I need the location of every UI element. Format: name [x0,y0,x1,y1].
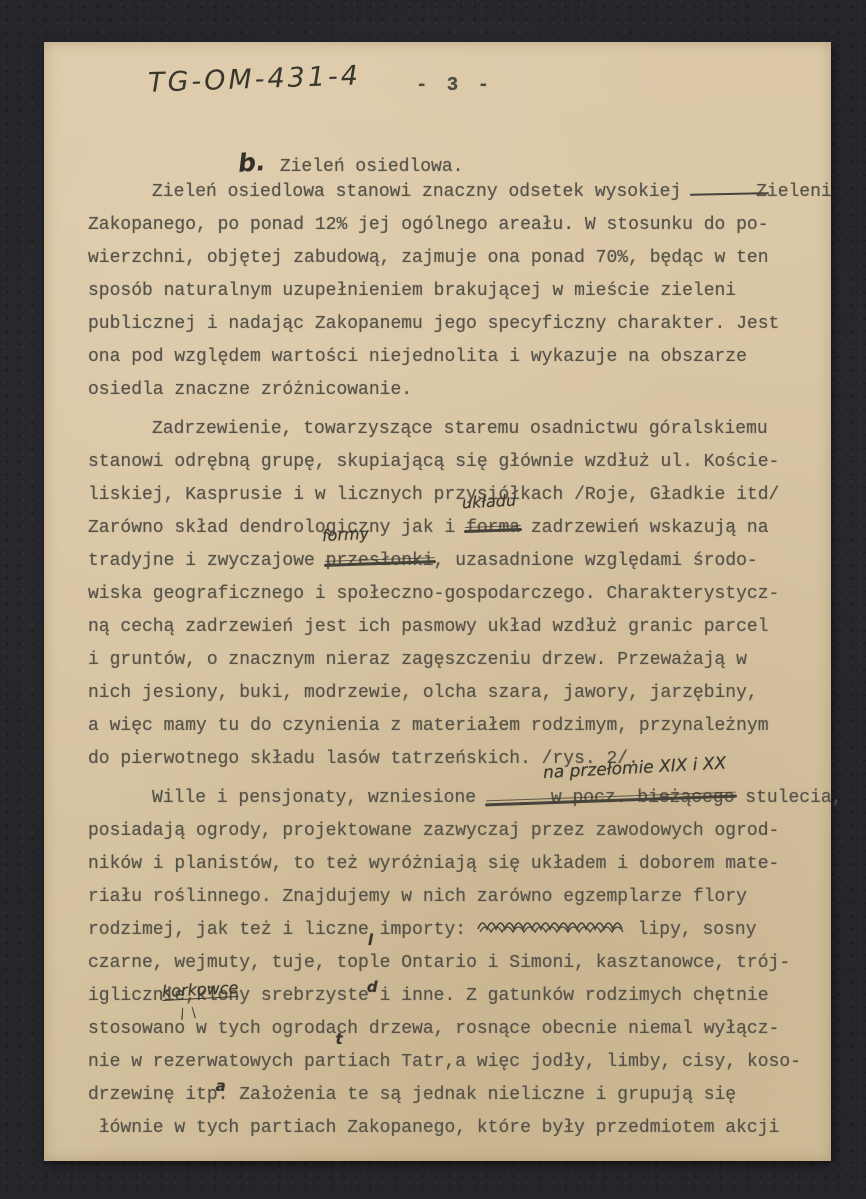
handwritten-item-letter: b. [237,147,266,178]
typed-text-segment: ników i planistów, to też wyróżniają się… [88,854,779,874]
typed-text-segment: wierzchni, objętej zabudową, zajmuje ona… [88,248,769,268]
scanned-paper-page: TG-OM-431-4 - 3 - b.Zieleń osiedlowa. Zi… [44,42,831,1161]
paragraph: Zieleń osiedlowa stanowi znaczny odsetek… [88,176,788,407]
typed-text-segment: liskiej, Kasprusie i w licznych przysiół… [88,485,779,505]
text-line: i gruntów, o znacznym nieraz zagęszczeni… [88,644,788,677]
typed-text-with-handwritten-mark: tt [336,1046,347,1079]
handwritten-mark-above: l [368,934,373,946]
typed-text-segment: łównie w tych partiach Zakopanego, które… [88,1118,779,1138]
text-line: ną cechą zadrzewień jest ich pasmowy ukł… [88,611,788,644]
struck-text-with-handwritten-correction: formaukładu [466,512,520,545]
typed-text-with-handwritten-mark: aa [218,1046,229,1079]
text-line: ona pod względem wartości niejednolita i… [88,341,788,374]
typed-text-segment: Zakopanego, po ponad 12% jej ogólnego ar… [88,215,769,235]
text-line: stanowi odrębną grupę, skupiającą się gł… [88,446,788,479]
text-line: Zarówno skład dendrologiczny jak i forma… [88,512,788,545]
text-line: tradyjne i zwyczajowe przesłonkiformy, u… [88,545,788,578]
insertion-caret-mark [181,1007,196,1020]
text-line: drzewinę itp. Założenia te są jednak nie… [88,1079,788,1112]
typed-text-segment: Wille i pensjonaty, wzniesione [152,788,487,808]
typed-text-segment: , uzasadnione względami środo- [434,551,758,571]
text-line: liskiej, Kasprusie i w licznych przysiół… [88,479,788,512]
text-line: iglicznie,korkowceklony srebrzyste i inn… [88,980,788,1013]
text-line: wierzchni, objętej zabudową, zajmuje ona… [88,242,788,275]
handwritten-scribble-strikeout [477,918,627,936]
typed-text-segment: stanowi odrębną grupę, skupiającą się gł… [88,452,779,472]
text-line: rodzimej, jak też i liczne importy: lipy… [88,914,788,947]
typed-text-segment: ona pod względem wartości niejednolita i… [88,347,747,367]
typed-text-segment: publicznej i nadając Zakopanemu jego spe… [88,314,779,334]
text-line: Zakopanego, po ponad 12% jej ogólnego ar… [88,209,788,242]
text-line: posiadają ogrody, projektowane zazwyczaj… [88,815,788,848]
typed-text-segment: Zieleń osiedlowa stanowi znaczny odsetek… [152,182,692,202]
handwritten-correction: układu [462,494,517,511]
typed-text-with-handwritten-mark: leld [369,947,391,980]
typed-text-segment: nie w rezerw [88,1052,218,1072]
typed-text-segment: lipy, sosny [627,920,757,940]
typed-text-segment: tradyjne i zwyczajowe [88,551,326,571]
handwritten-correction: formy [321,527,369,543]
typed-text-segment: Zadrzewienie, towarzyszące staremu osadn… [152,419,768,439]
text-line: wiska geograficznego i społeczno-gospoda… [88,578,788,611]
typed-text-segment: wiska geograficznego i społeczno-gospoda… [88,584,779,604]
struck-out-typed-text: Z [692,176,767,209]
text-line: publicznej i nadając Zakopanemu jego spe… [88,308,788,341]
text-line: Zieleń osiedlowa stanowi znaczny odsetek… [88,176,788,209]
paragraph: Wille i pensjonaty, wzniesione w pocz. b… [88,782,788,1145]
section-title: Zieleń osiedlowa. [280,157,464,177]
typed-text-segment: rodzimej, jak też i liczne importy: [88,920,477,940]
handwritten-mark-below: d [367,981,378,993]
typed-text-segment: ieleni [767,182,832,202]
text-line: a więc mamy tu do czynienia z materiałem… [88,710,788,743]
text-line: Zadrzewienie, towarzyszące staremu osadn… [88,413,788,446]
typed-text-segment: riału roślinnego. Znajdujemy w nich zaró… [88,887,747,907]
typed-text-segment: nich jesiony, buki, modrzewie, olcha sza… [88,683,758,703]
page-number: - 3 - [416,74,493,96]
text-line: sposób naturalnym uzupełnieniem brakując… [88,275,788,308]
handwritten-archive-code: TG-OM-431-4 [148,60,362,98]
typed-text: Zieleń osiedlowa stanowi znaczny odsetek… [88,176,788,1151]
typed-text-segment: a więc mamy tu do czynienia z materiałem… [88,716,769,736]
typed-text-segment: zadrzewień wskazują na [520,518,768,538]
text-line: riału roślinnego. Znajdujemy w nich zaró… [88,881,788,914]
typed-text-segment: posiadają ogrody, projektowane zazwyczaj… [88,821,779,841]
typed-text-segment: Ontario i Simoni, kasztanowce, trój- [390,953,790,973]
struck-text-with-handwritten-correction: przesłonkiformy [326,545,434,578]
typed-text-segment: stosowano w tych ogrodach drzewa, rosnąc… [88,1019,779,1039]
text-line: łównie w tych partiach Zakopanego, które… [88,1112,788,1145]
screenshot-root: { "page": { "background_color": "#26252a… [0,0,866,1199]
typed-text-segment: towych par [228,1052,336,1072]
text-line: czarne, wejmuty, tuje, topleld Ontario i… [88,947,788,980]
typed-text-segment: i gruntów, o znacznym nieraz zagęszczeni… [88,650,747,670]
typed-text-segment: drzewinę itp. Założenia te są jednak nie… [88,1085,736,1105]
typed-text-segment: ną cechą zadrzewień jest ich pasmowy ukł… [88,617,769,637]
handwritten-mark-below: a [216,1080,226,1092]
text-line: nie w rezerwaatowych parttiach Tatr,a wi… [88,1046,788,1079]
typed-text-segment: iach Tatr,a więc jodły, limby, cisy, kos… [347,1052,801,1072]
typed-text-segment: czarne, wejmuty, tuje, top [88,953,369,973]
typed-text-segment: sposób naturalnym uzupełnieniem brakując… [88,281,736,301]
typed-text-segment: klony srebrzyste i inne. Z gatunków rodz… [196,986,769,1006]
typed-text-segment: stulecia, [735,788,843,808]
paragraph: Zadrzewienie, towarzyszące staremu osadn… [88,413,788,776]
text-line: ników i planistów, to też wyróżniają się… [88,848,788,881]
typed-text-segment: Zarówno skład dendrologiczny jak i [88,518,466,538]
handwritten-mark-above: t [335,1033,342,1045]
text-line: nich jesiony, buki, modrzewie, olcha sza… [88,677,788,710]
text-line: Wille i pensjonaty, wzniesione w pocz. b… [88,782,788,815]
struck-text-with-handwritten-correction: w pocz. bieżącegona przełomie XIX i XX [487,782,735,815]
text-line: osiedla znaczne zróżnicowanie. [88,374,788,407]
typed-text-segment: osiedla znaczne zróżnicowanie. [88,380,412,400]
